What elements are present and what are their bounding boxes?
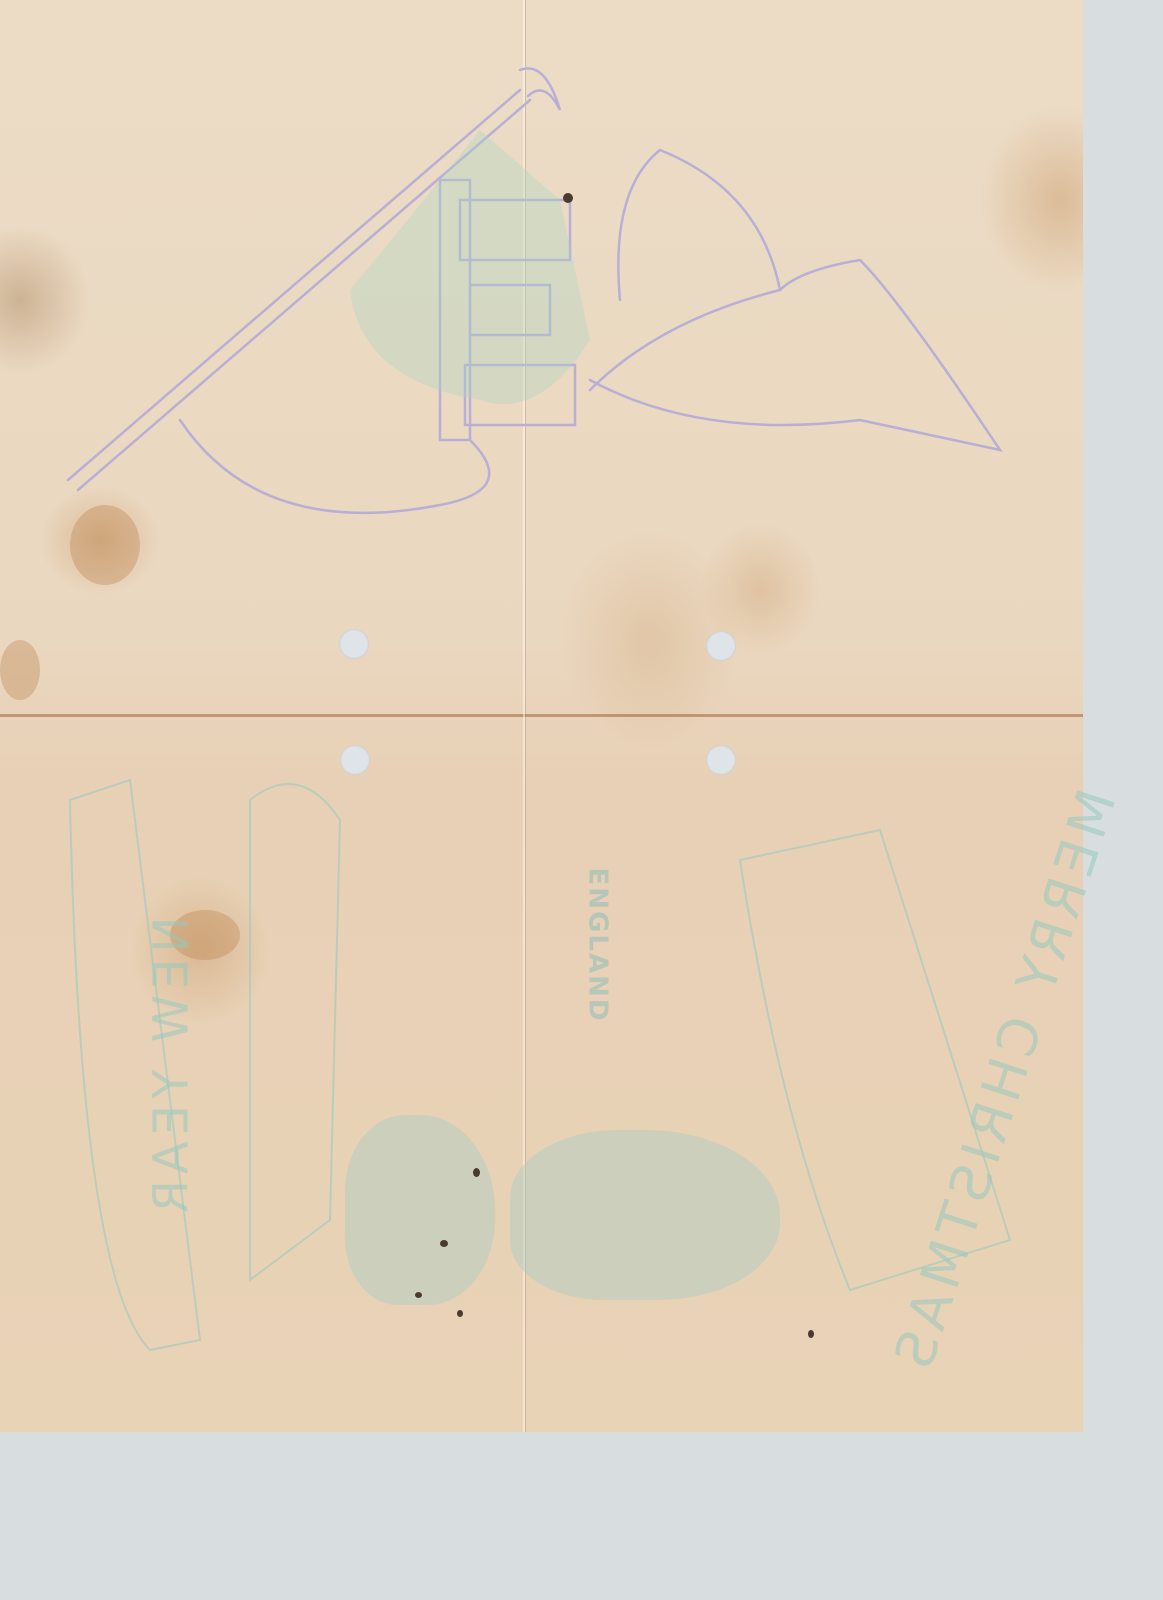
ink-speck [440,1240,448,1247]
punch-hole [339,629,369,659]
ship-sketch-drawing [0,0,1083,720]
green-paint-wash [345,1115,495,1305]
ink-speck [808,1330,814,1338]
new-year-banner-text: NEW YEAR [143,917,199,1220]
scanned-paper-sheet: ENGLAND MERRY CHRISTMAS NEW YEAR [0,0,1083,1432]
england-label: ENGLAND [582,868,612,1023]
ink-speck [415,1292,422,1298]
ink-speck [473,1168,480,1177]
green-paint-wash [510,1130,780,1300]
punch-hole [706,631,736,661]
ink-speck [457,1310,463,1317]
